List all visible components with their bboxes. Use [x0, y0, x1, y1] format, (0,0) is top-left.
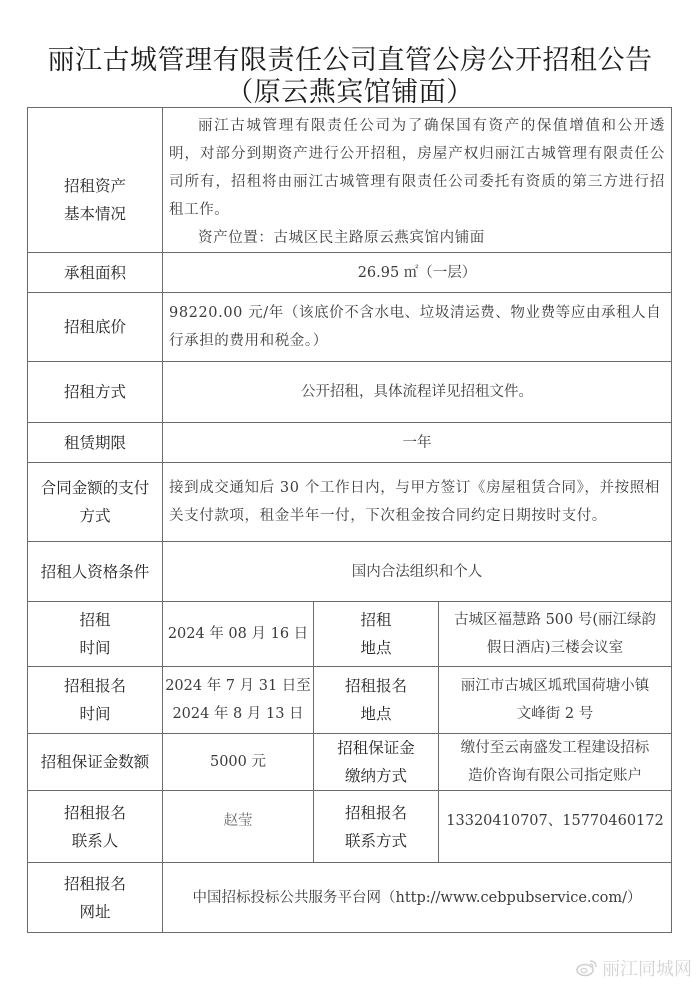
value-deposit-method: 缴付至云南盛发工程建设招标 造价咨询有限公司指定账户 — [439, 734, 672, 791]
value-contact-person: 赵莹 — [163, 791, 314, 863]
value-website[interactable]: 中国招标投标公共服务平台网（http://www.cebpubservice.c… — [163, 863, 672, 933]
asset-location: 资产位置：古城区民主路原云燕宾馆内铺面 — [169, 224, 665, 252]
value-lease-term: 一年 — [163, 423, 672, 463]
row-base-price: 招租底价 98220.00 元/年（该底价不含水电、垃圾清运费、物业费等应由承租… — [28, 293, 672, 362]
row-registration-time: 招租报名 时间 2024 年 7 月 31 日至 2024 年 8 月 13 日… — [28, 667, 672, 734]
value-qualification: 国内合法组织和个人 — [163, 542, 672, 602]
row-contact: 招租报名 联系人 赵莹 招租报名 联系方式 13320410707、157704… — [28, 791, 672, 863]
label-lease-term: 租赁期限 — [28, 423, 163, 463]
label-deposit-amount: 招租保证金数额 — [28, 734, 163, 791]
row-website: 招租报名 网址 中国招标投标公共服务平台网（http://www.cebpubs… — [28, 863, 672, 933]
label-deposit-method: 招租保证金 缴纳方式 — [314, 734, 439, 791]
watermark-text: 丽江同城网 — [602, 955, 692, 981]
row-payment: 合同金额的支付 方式 接到成交通知后 30 个工作日内，与甲方签订《房屋租赁合同… — [28, 463, 672, 542]
label-method: 招租方式 — [28, 362, 163, 423]
row-basic-info: 招租资产 基本情况 丽江古城管理有限责任公司为了确保国有资产的保值增值和公开透明… — [28, 108, 672, 253]
label-contact-phone: 招租报名 联系方式 — [314, 791, 439, 863]
value-tender-place: 古城区福慧路 500 号(丽江绿韵 假日酒店)三楼会议室 — [439, 602, 672, 667]
value-contact-phone: 13320410707、15770460172 — [439, 791, 672, 863]
row-area: 承租面积 26.95 ㎡（一层） — [28, 253, 672, 293]
label-tender-place: 招租 地点 — [314, 602, 439, 667]
announcement-table: 招租资产 基本情况 丽江古城管理有限责任公司为了确保国有资产的保值增值和公开透明… — [27, 107, 672, 933]
label-basic-info: 招租资产 基本情况 — [28, 108, 163, 253]
row-lease-term: 租赁期限 一年 — [28, 423, 672, 463]
row-qualification: 招租人资格条件 国内合法组织和个人 — [28, 542, 672, 602]
watermark: 丽江同城网 — [576, 955, 692, 981]
label-contact-person: 招租报名 联系人 — [28, 791, 163, 863]
value-area: 26.95 ㎡（一层） — [163, 253, 672, 293]
basic-info-paragraph: 丽江古城管理有限责任公司为了确保国有资产的保值增值和公开透明，对部分到期资产进行… — [169, 112, 665, 224]
weibo-icon — [576, 959, 598, 977]
row-method: 招租方式 公开招租，具体流程详见招租文件。 — [28, 362, 672, 423]
label-registration-place: 招租报名 地点 — [314, 667, 439, 734]
label-base-price: 招租底价 — [28, 293, 163, 362]
value-registration-place: 丽江市古城区坬玳国荷塘小镇 文峰街 2 号 — [439, 667, 672, 734]
label-registration-time: 招租报名 时间 — [28, 667, 163, 734]
value-registration-time: 2024 年 7 月 31 日至 2024 年 8 月 13 日 — [163, 667, 314, 734]
value-base-price: 98220.00 元/年（该底价不含水电、垃圾清运费、物业费等应由承租人自行承担… — [163, 293, 672, 362]
value-deposit-amount: 5000 元 — [163, 734, 314, 791]
value-basic-info: 丽江古城管理有限责任公司为了确保国有资产的保值增值和公开透明，对部分到期资产进行… — [163, 108, 672, 253]
label-website: 招租报名 网址 — [28, 863, 163, 933]
value-tender-time: 2024 年 08 月 16 日 — [163, 602, 314, 667]
value-payment: 接到成交通知后 30 个工作日内，与甲方签订《房屋租赁合同》，并按照相关支付款项… — [163, 463, 672, 542]
label-payment: 合同金额的支付 方式 — [28, 463, 163, 542]
row-tender-time: 招租 时间 2024 年 08 月 16 日 招租 地点 古城区福慧路 500 … — [28, 602, 672, 667]
label-area: 承租面积 — [28, 253, 163, 293]
row-deposit: 招租保证金数额 5000 元 招租保证金 缴纳方式 缴付至云南盛发工程建设招标 … — [28, 734, 672, 791]
value-method: 公开招租，具体流程详见招租文件。 — [163, 362, 672, 423]
label-tender-time: 招租 时间 — [28, 602, 163, 667]
document-subtitle: （原云燕宾馆铺面） — [0, 70, 700, 109]
label-qualification: 招租人资格条件 — [28, 542, 163, 602]
